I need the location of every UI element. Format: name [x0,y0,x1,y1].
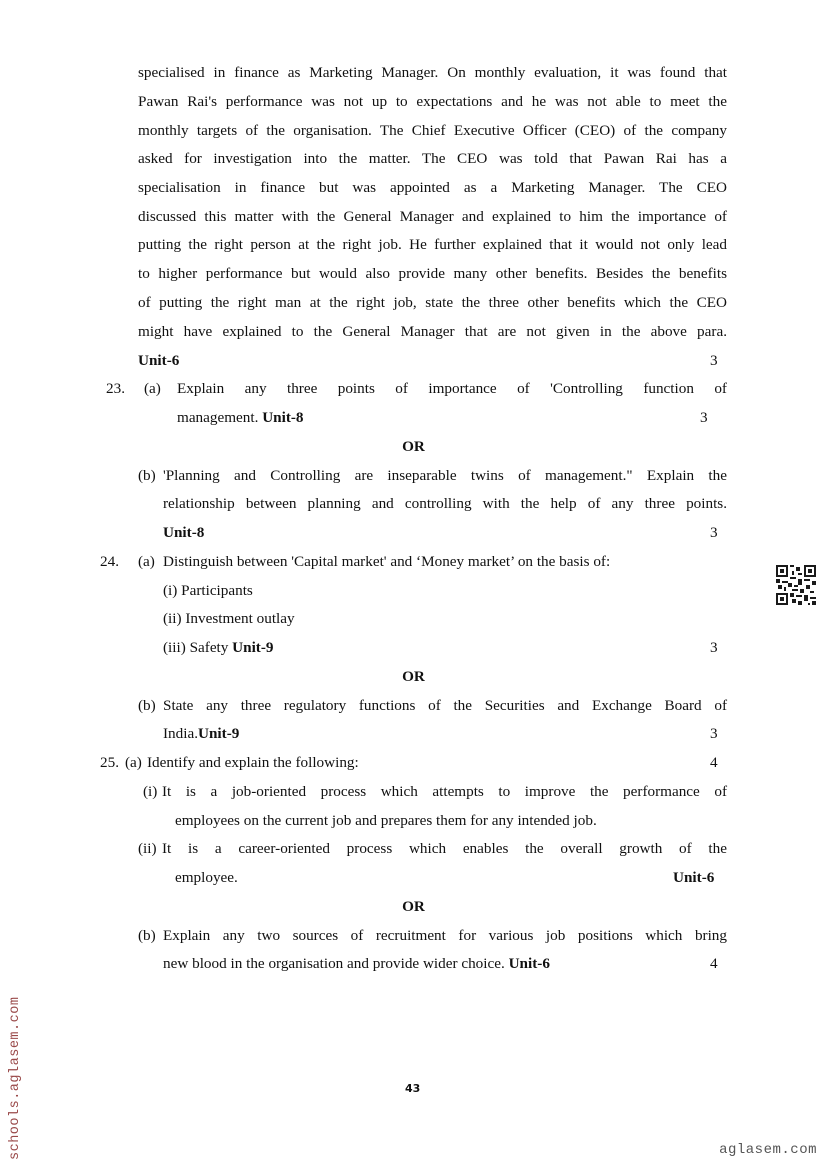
unit-tag: Unit-9 [198,725,239,742]
question-text: new blood in the organisation and provid… [163,955,505,972]
question-text: relationship between planning and contro… [163,494,727,514]
question-text: employee. [175,868,238,888]
passage-line: monthly targets of the organisation. The… [138,121,727,141]
question-text: Explain any three points of importance o… [177,379,727,399]
marks: 3 [710,638,718,658]
unit-tag: Unit-6 [673,868,714,888]
option-label: (a) [125,753,142,773]
sub-item-with-unit: (iii) Safety Unit-9 [163,638,274,658]
question-text: 'Planning and Controlling are inseparabl… [163,466,727,486]
watermark-bottom: aglasem.com [719,1142,817,1158]
question-text: management. [177,409,258,426]
watermark-side: schools.aglasem.com [8,997,23,1160]
marks: 3 [710,351,718,371]
question-text-continued: India.Unit-9 [163,724,239,744]
question-number: 24. [100,552,119,572]
question-number: 23. [106,379,125,399]
or-separator: OR [0,897,827,917]
marks: 4 [710,753,718,773]
question-number: 25. [100,753,119,773]
sub-item: (iii) Safety [163,639,228,656]
question-text-continued: management. Unit-8 [177,408,304,428]
passage-line: asked for investigation into the matter.… [138,149,727,169]
exam-page: specialised in finance as Marketing Mana… [0,0,827,1169]
question-text: employees on the current job and prepare… [175,811,597,831]
unit-tag: Unit-8 [163,523,204,543]
sub-item: (i) Participants [163,581,253,601]
question-text: It is a career-oriented process which en… [162,839,727,859]
passage-line: might have explained to the General Mana… [138,322,727,342]
option-label: (i) [143,782,157,802]
passage-line: putting the right person at the right jo… [138,235,727,255]
question-text: Distinguish between 'Capital market' and… [163,552,610,572]
question-text-continued: new blood in the organisation and provid… [163,954,550,974]
marks: 3 [710,523,718,543]
option-label: (b) [138,466,156,486]
passage-line: Pawan Rai's performance was not up to ex… [138,92,727,112]
unit-tag: Unit-9 [232,639,273,656]
passage-line: discussed this matter with the General M… [138,207,727,227]
option-label: (a) [138,552,155,572]
option-label: (b) [138,696,156,716]
or-separator: OR [0,437,827,457]
or-separator: OR [0,667,827,687]
unit-tag: Unit-8 [262,409,303,426]
qr-code-icon[interactable] [776,565,816,605]
question-text: Identify and explain the following: [147,753,359,773]
question-text: State any three regulatory functions of … [163,696,727,716]
sub-item: (ii) Investment outlay [163,609,295,629]
option-label: (ii) [138,839,157,859]
passage-line: of putting the right man at the right jo… [138,293,727,313]
option-label: (b) [138,926,156,946]
passage-line: specialisation in finance but was appoin… [138,178,727,198]
question-text: Explain any two sources of recruitment f… [163,926,727,946]
page-number: 43 [405,1082,420,1095]
passage-line: specialised in finance as Marketing Mana… [138,63,727,83]
option-label: (a) [144,379,161,399]
marks: 4 [710,954,718,974]
question-text: India. [163,725,198,742]
unit-tag: Unit-6 [138,351,179,371]
marks: 3 [700,408,708,428]
marks: 3 [710,724,718,744]
unit-tag: Unit-6 [509,955,550,972]
question-text: It is a job-oriented process which attem… [162,782,727,802]
passage-line: to higher performance but would also pro… [138,264,727,284]
